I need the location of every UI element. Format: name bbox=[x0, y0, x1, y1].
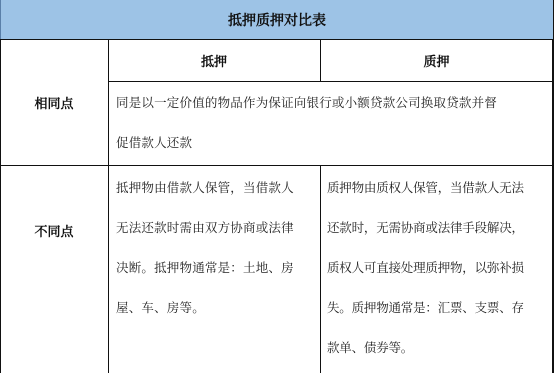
row-label-similarities: 相同点 bbox=[0, 81, 108, 123]
comparison-table: 抵押质押对比表 抵押 质押 相同点 同是以一定价值的物品作为保证向银行或小额贷款… bbox=[0, 0, 554, 373]
row-label-differences: 不同点 bbox=[0, 210, 108, 250]
similarities-text: 同是以一定价值的物品作为保证向银行或小额贷款公司换取贷款并督 促借款人还款 bbox=[116, 83, 497, 163]
mortgage-differences-text: 抵押物由借款人保管，当借款人 无法还款时需由双方协商或法律 决断。抵押物通常是：… bbox=[116, 168, 294, 328]
column-divider-1 bbox=[108, 39, 109, 373]
header-col-pledge: 质押 bbox=[320, 39, 553, 81]
text-line: 质权人可直接处理质押物，以弥补损 bbox=[327, 248, 524, 288]
text-line: 失。质押物通常是：汇票、支票、存 bbox=[327, 288, 524, 328]
text-line: 无法还款时需由双方协商或法律 bbox=[116, 208, 294, 248]
text-line: 决断。抵押物通常是：土地、房 bbox=[116, 248, 294, 288]
text-line: 质押物由质权人保管，当借款人无法 bbox=[327, 168, 524, 208]
column-divider-2-lower bbox=[320, 165, 321, 373]
text-line: 抵押物由借款人保管，当借款人 bbox=[116, 168, 294, 208]
subheader-bottom-border bbox=[108, 81, 554, 82]
header-col-mortgage: 抵押 bbox=[108, 39, 320, 81]
table-title: 抵押质押对比表 bbox=[0, 0, 554, 39]
row-divider bbox=[0, 165, 554, 166]
text-line: 还款时，无需协商或法律手段解决， bbox=[327, 208, 524, 248]
text-line: 同是以一定价值的物品作为保证向银行或小额贷款公司换取贷款并督 bbox=[116, 83, 497, 123]
pledge-differences-text: 质押物由质权人保管，当借款人无法 还款时，无需协商或法律手段解决， 质权人可直接… bbox=[327, 168, 524, 368]
text-line: 屋、车、房等。 bbox=[116, 288, 294, 328]
text-line: 款单、债券等。 bbox=[327, 328, 524, 368]
text-line: 促借款人还款 bbox=[116, 123, 497, 163]
